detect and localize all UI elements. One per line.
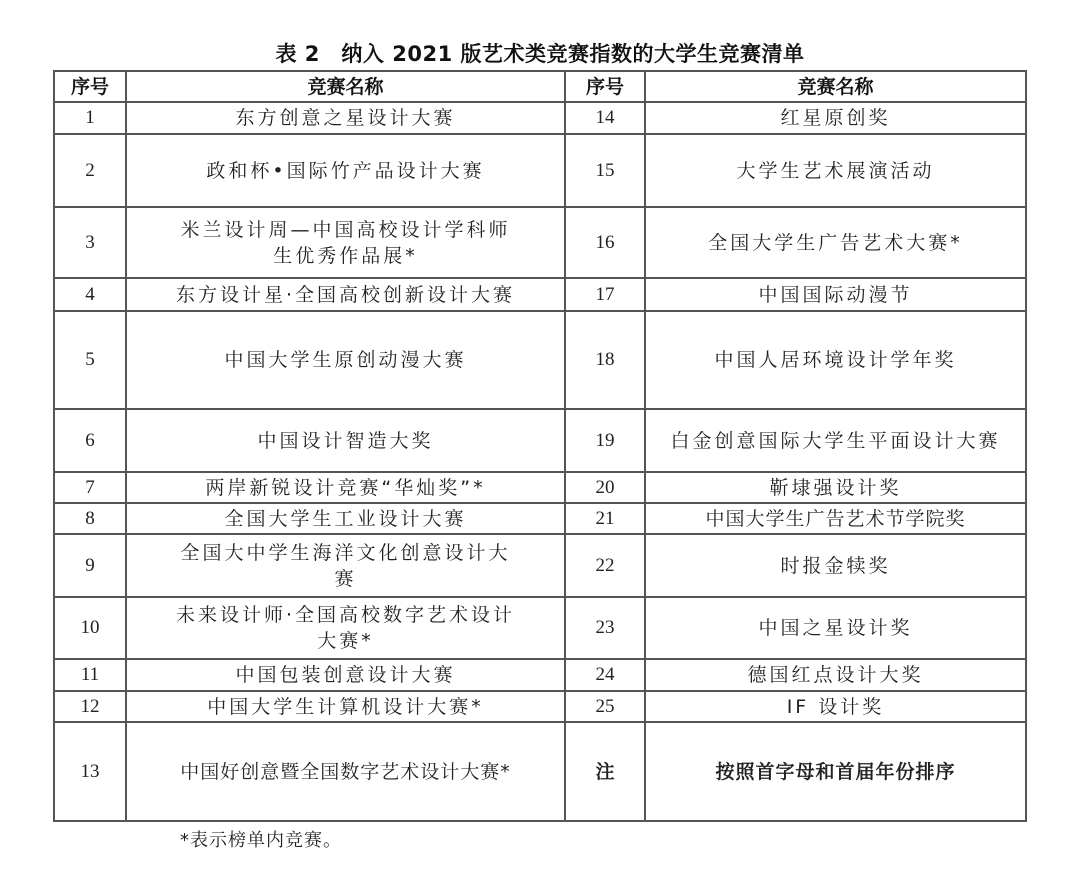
left-index-cell: 8 <box>54 503 126 534</box>
left-name-cell: 中国包装创意设计大赛 <box>126 659 565 691</box>
left-name-cell: 政和杯•国际竹产品设计大赛 <box>126 134 565 207</box>
header-left-index: 序号 <box>54 71 126 102</box>
left-index-cell: 2 <box>54 134 126 207</box>
right-name-cell: 白金创意国际大学生平面设计大赛 <box>645 409 1026 472</box>
table-row: 11 中国包装创意设计大赛 24 德国红点设计大奖 <box>54 659 1026 691</box>
table-row: 4 东方设计星·全国高校创新设计大赛 17 中国国际动漫节 <box>54 278 1026 311</box>
right-name-cell: IF 设计奖 <box>645 691 1026 722</box>
header-row: 序号 竞赛名称 序号 竞赛名称 <box>54 71 1026 102</box>
left-name-cell: 中国大学生原创动漫大赛 <box>126 311 565 409</box>
left-name-cell: 未来设计师·全国高校数字艺术设计大赛* <box>126 597 565 659</box>
right-index-cell: 15 <box>565 134 645 207</box>
table-caption: 表 2 纳入 2021 版艺术类竞赛指数的大学生竞赛清单 <box>0 38 1080 68</box>
right-index-cell: 14 <box>565 102 645 134</box>
right-name-cell: 红星原创奖 <box>645 102 1026 134</box>
left-index-cell: 11 <box>54 659 126 691</box>
right-index-cell: 19 <box>565 409 645 472</box>
right-name-cell: 德国红点设计大奖 <box>645 659 1026 691</box>
header-right-name: 竞赛名称 <box>645 71 1026 102</box>
right-name-cell: 时报金犊奖 <box>645 534 1026 597</box>
left-name-cell: 全国大学生工业设计大赛 <box>126 503 565 534</box>
right-index-cell: 21 <box>565 503 645 534</box>
left-index-cell: 13 <box>54 722 126 821</box>
left-name-cell: 中国好创意暨全国数字艺术设计大赛* <box>126 722 565 821</box>
left-index-cell: 6 <box>54 409 126 472</box>
left-index-cell: 12 <box>54 691 126 722</box>
left-index-cell: 1 <box>54 102 126 134</box>
right-index-cell: 23 <box>565 597 645 659</box>
left-index-cell: 7 <box>54 472 126 503</box>
left-name-cell: 中国设计智造大奖 <box>126 409 565 472</box>
right-index-cell: 17 <box>565 278 645 311</box>
header-left-name: 竞赛名称 <box>126 71 565 102</box>
table-row: 8 全国大学生工业设计大赛 21 中国大学生广告艺术节学院奖 <box>54 503 1026 534</box>
left-index-cell: 9 <box>54 534 126 597</box>
right-index-cell: 18 <box>565 311 645 409</box>
table-footnote: *表示榜单内竞赛。 <box>180 826 342 852</box>
table-row: 9 全国大中学生海洋文化创意设计大赛 22 时报金犊奖 <box>54 534 1026 597</box>
competition-list-table: 序号 竞赛名称 序号 竞赛名称 1 东方创意之星设计大赛 14 红星原创奖 2 … <box>53 70 1027 822</box>
right-index-cell: 24 <box>565 659 645 691</box>
right-name-cell: 中国大学生广告艺术节学院奖 <box>645 503 1026 534</box>
left-index-cell: 5 <box>54 311 126 409</box>
right-name-cell: 靳埭强设计奖 <box>645 472 1026 503</box>
left-name-cell: 米兰设计周—中国高校设计学科师生优秀作品展* <box>126 207 565 278</box>
left-name-cell: 全国大中学生海洋文化创意设计大赛 <box>126 534 565 597</box>
right-index-cell: 25 <box>565 691 645 722</box>
left-index-cell: 10 <box>54 597 126 659</box>
table-row: 12 中国大学生计算机设计大赛* 25 IF 设计奖 <box>54 691 1026 722</box>
right-index-cell: 20 <box>565 472 645 503</box>
table-row: 6 中国设计智造大奖 19 白金创意国际大学生平面设计大赛 <box>54 409 1026 472</box>
table-row: 10 未来设计师·全国高校数字艺术设计大赛* 23 中国之星设计奖 <box>54 597 1026 659</box>
left-name-cell: 两岸新锐设计竞赛“华灿奖”* <box>126 472 565 503</box>
left-index-cell: 4 <box>54 278 126 311</box>
table-row: 5 中国大学生原创动漫大赛 18 中国人居环境设计学年奖 <box>54 311 1026 409</box>
right-name-cell: 全国大学生广告艺术大赛* <box>645 207 1026 278</box>
table-row: 1 东方创意之星设计大赛 14 红星原创奖 <box>54 102 1026 134</box>
right-name-cell: 中国人居环境设计学年奖 <box>645 311 1026 409</box>
table-row: 3 米兰设计周—中国高校设计学科师生优秀作品展* 16 全国大学生广告艺术大赛* <box>54 207 1026 278</box>
right-name-cell: 大学生艺术展演活动 <box>645 134 1026 207</box>
left-index-cell: 3 <box>54 207 126 278</box>
right-name-cell: 中国国际动漫节 <box>645 278 1026 311</box>
left-name-cell: 东方创意之星设计大赛 <box>126 102 565 134</box>
left-name-cell: 东方设计星·全国高校创新设计大赛 <box>126 278 565 311</box>
right-index-cell: 16 <box>565 207 645 278</box>
note-text-cell: 按照首字母和首届年份排序 <box>645 722 1026 821</box>
table-row: 2 政和杯•国际竹产品设计大赛 15 大学生艺术展演活动 <box>54 134 1026 207</box>
right-name-cell: 中国之星设计奖 <box>645 597 1026 659</box>
table-row: 13 中国好创意暨全国数字艺术设计大赛* 注 按照首字母和首届年份排序 <box>54 722 1026 821</box>
header-right-index: 序号 <box>565 71 645 102</box>
table-row: 7 两岸新锐设计竞赛“华灿奖”* 20 靳埭强设计奖 <box>54 472 1026 503</box>
right-index-cell: 22 <box>565 534 645 597</box>
left-name-cell: 中国大学生计算机设计大赛* <box>126 691 565 722</box>
note-label-cell: 注 <box>565 722 645 821</box>
